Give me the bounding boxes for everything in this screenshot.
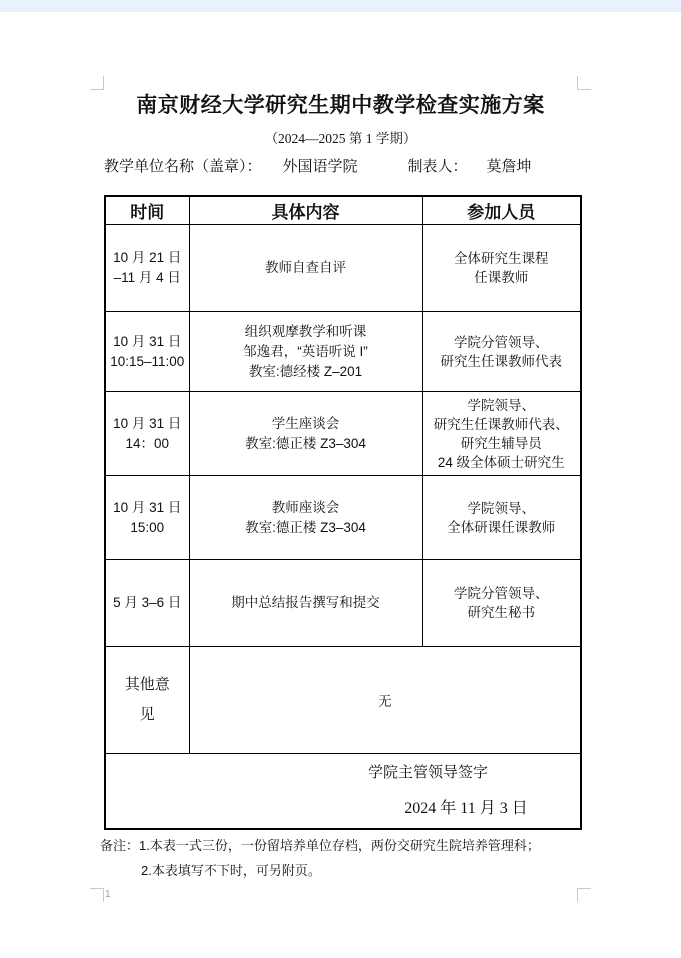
margin-mark-bottom-left-icon	[90, 888, 104, 902]
content-cell: 教师座谈会教室:德正楼 Z3–304	[189, 476, 422, 560]
header-content: 具体内容	[189, 196, 422, 225]
signature-cell: 学院主管领导签字 2024 年 11 月 3 日	[105, 754, 581, 829]
time-line: 15:00	[109, 518, 186, 538]
table-row: 10 月 31 日10:15–11:00组织观摩教学和听课邹逸君，“英语听说 I…	[105, 312, 581, 392]
participants-line: 全体研究生课程	[426, 249, 578, 268]
time-line: 10 月 31 日	[109, 332, 186, 352]
table-row: 10 月 21 日–11 月 4 日教师自查自评全体研究生课程任课教师	[105, 225, 581, 312]
participants-cell: 学院领导、研究生任课教师代表、研究生辅导员24 级全体硕士研究生	[422, 392, 581, 476]
participants-cell: 全体研究生课程任课教师	[422, 225, 581, 312]
signature-date: 2024 年 11 月 3 日	[355, 797, 577, 821]
time-line: 14：00	[109, 434, 186, 454]
unit-value: 外国语学院	[283, 158, 358, 175]
header-row: 时间 具体内容 参加人员	[105, 196, 581, 225]
signature-label: 学院主管领导签字	[279, 761, 577, 785]
time-cell: 10 月 21 日–11 月 4 日	[105, 225, 189, 312]
window-top-strip	[0, 0, 681, 12]
participants-line: 研究生任课教师代表、	[426, 415, 578, 434]
participants-line: 24 级全体硕士研究生	[426, 453, 578, 472]
unit-label: 教学单位名称（盖章）：	[104, 158, 262, 175]
time-line: –11 月 4 日	[109, 268, 186, 288]
time-cell: 10 月 31 日15:00	[105, 476, 189, 560]
content-cell: 教师自查自评	[189, 225, 422, 312]
participants-cell: 学院领导、全体研课任课教师	[422, 476, 581, 560]
content-line: 教室:德正楼 Z3–304	[193, 518, 419, 538]
time-line: 10 月 31 日	[109, 414, 186, 434]
other-opinions-row: 其他意 见 无	[105, 647, 581, 754]
document-subtitle: （2024—2025 第 1 学期）	[0, 127, 681, 147]
schedule-table: 时间 具体内容 参加人员 10 月 21 日–11 月 4 日教师自查自评全体研…	[104, 195, 582, 830]
document-title: 南京财经大学研究生期中教学检查实施方案	[0, 89, 681, 119]
preparer-value: 莫詹坤	[487, 158, 532, 175]
content-line: 期中总结报告撰写和提交	[193, 593, 419, 613]
content-cell: 组织观摩教学和听课邹逸君，“英语听说 I”教室:德经楼 Z–201	[189, 312, 422, 392]
participants-line: 任课教师	[426, 268, 578, 287]
header-time: 时间	[105, 196, 189, 225]
table-row: 5 月 3–6 日期中总结报告撰写和提交学院分管领导、研究生秘书	[105, 560, 581, 647]
table-row: 10 月 31 日14：00学生座谈会教室:德正楼 Z3–304学院领导、研究生…	[105, 392, 581, 476]
margin-mark-top-right-icon	[577, 76, 591, 90]
participants-line: 学院分管领导、	[426, 333, 578, 352]
time-cell: 10 月 31 日14：00	[105, 392, 189, 476]
content-line: 教室:德正楼 Z3–304	[193, 434, 419, 454]
time-line: 5 月 3–6 日	[109, 593, 186, 613]
time-line: 10 月 21 日	[109, 248, 186, 268]
content-line: 教师自查自评	[193, 258, 419, 278]
content-line: 组织观摩教学和听课	[193, 322, 419, 342]
content-line: 教室:德经楼 Z–201	[193, 362, 419, 382]
participants-line: 学院分管领导、	[426, 584, 578, 603]
content-line: 教师座谈会	[193, 498, 419, 518]
participants-cell: 学院分管领导、研究生任课教师代表	[422, 312, 581, 392]
header-participants: 参加人员	[422, 196, 581, 225]
participants-line: 学院领导、	[426, 499, 578, 518]
other-opinions-label: 其他意 见	[105, 647, 189, 754]
time-line: 10:15–11:00	[109, 352, 186, 372]
preparer-label: 制表人：	[408, 158, 468, 175]
time-cell: 10 月 31 日10:15–11:00	[105, 312, 189, 392]
margin-mark-bottom-right-icon	[577, 888, 591, 902]
other-opinions-value: 无	[189, 647, 581, 754]
time-cell: 5 月 3–6 日	[105, 560, 189, 647]
note-line-1: 备注：1.本表一式三份，一份留培养单位存档，两份交研究生院培养管理科；	[100, 833, 600, 858]
content-cell: 学生座谈会教室:德正楼 Z3–304	[189, 392, 422, 476]
note-line-2: 2.本表填写不下时，可另附页。	[100, 858, 600, 883]
margin-mark-top-left-icon	[90, 76, 104, 90]
participants-cell: 学院分管领导、研究生秘书	[422, 560, 581, 647]
participants-line: 学院领导、	[426, 396, 578, 415]
content-cell: 期中总结报告撰写和提交	[189, 560, 422, 647]
participants-line: 研究生任课教师代表	[426, 352, 578, 371]
document-page: 1 南京财经大学研究生期中教学检查实施方案 （2024—2025 第 1 学期）…	[0, 12, 681, 958]
participants-line: 研究生辅导员	[426, 434, 578, 453]
info-line: 教学单位名称（盖章）：外国语学院制表人：莫詹坤	[104, 155, 580, 176]
participants-line: 研究生秘书	[426, 603, 578, 622]
signature-row: 学院主管领导签字 2024 年 11 月 3 日	[105, 754, 581, 829]
table-row: 10 月 31 日15:00教师座谈会教室:德正楼 Z3–304学院领导、全体研…	[105, 476, 581, 560]
notes-block: 备注：1.本表一式三份，一份留培养单位存档，两份交研究生院培养管理科； 2.本表…	[100, 833, 600, 883]
page-number: 1	[105, 889, 111, 900]
content-line: 邹逸君，“英语听说 I”	[193, 342, 419, 362]
time-line: 10 月 31 日	[109, 498, 186, 518]
content-line: 学生座谈会	[193, 414, 419, 434]
participants-line: 全体研课任课教师	[426, 518, 578, 537]
